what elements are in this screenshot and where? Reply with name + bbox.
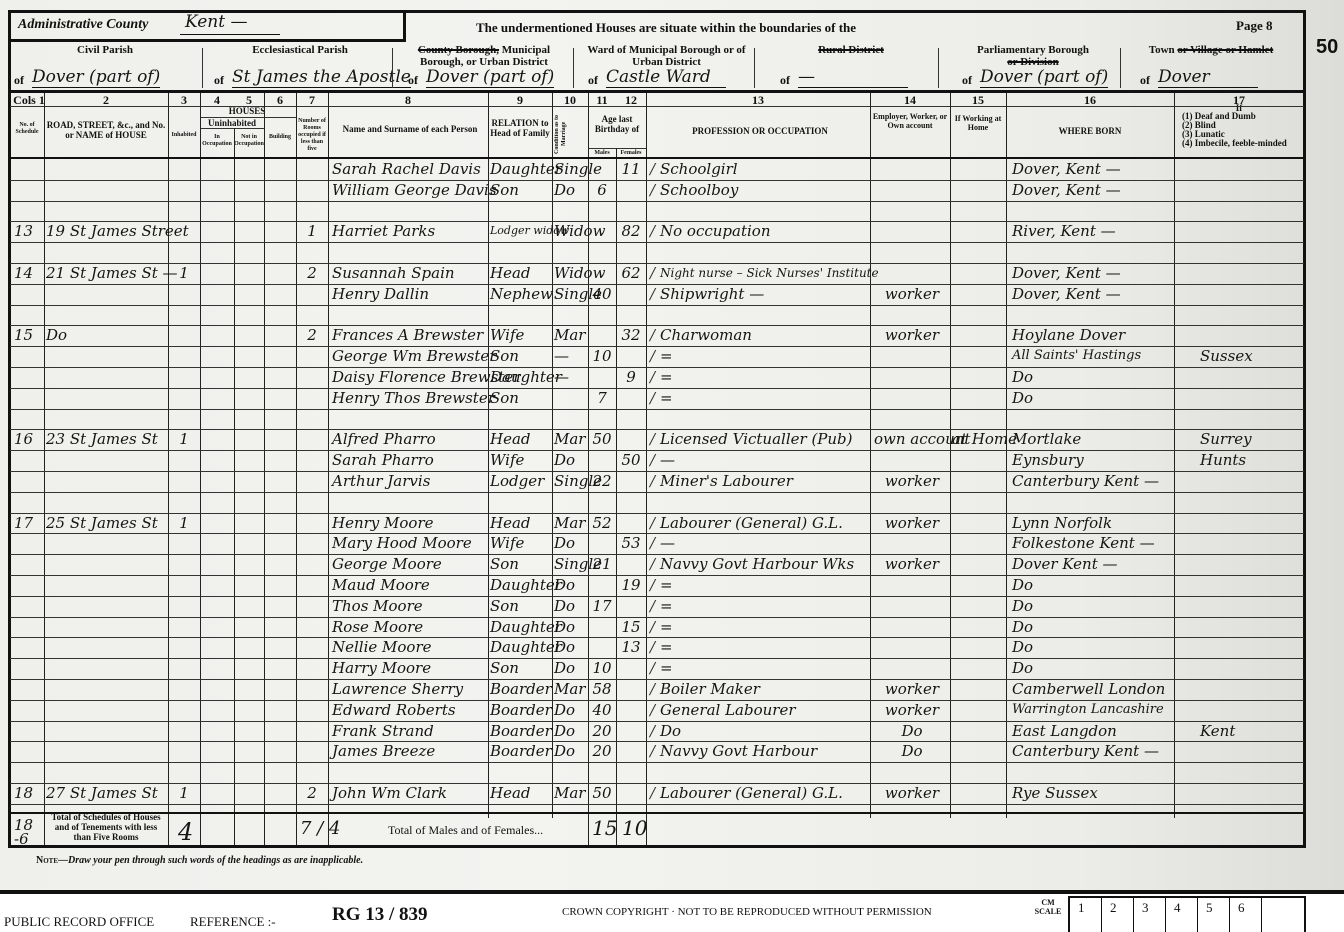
employment-status [874, 575, 950, 595]
employment-status: worker [874, 554, 950, 574]
female-age [616, 388, 646, 408]
female-age [616, 471, 646, 491]
tally-mark: / [650, 658, 658, 678]
infirmity-note [1200, 679, 1300, 699]
address [46, 305, 168, 325]
address: 19 St James Street [46, 221, 168, 241]
male-age: 40 [588, 700, 616, 720]
schedule-number [14, 596, 44, 616]
inhabited-count [168, 305, 200, 325]
row-divider [10, 804, 1304, 805]
infirmity-note [1200, 596, 1300, 616]
marital-condition [554, 388, 588, 408]
employment-status: worker [874, 513, 950, 533]
person-name: Harriet Parks [332, 221, 488, 241]
birthplace [1012, 242, 1174, 262]
employment-status: worker [874, 679, 950, 699]
ward-label: Ward of Municipal Borough or of Urban Di… [584, 44, 749, 68]
working-at-home [952, 513, 1006, 533]
schedule-number [14, 617, 44, 637]
employment-status [874, 409, 950, 429]
employment-status: worker [874, 325, 950, 345]
female-age [616, 700, 646, 720]
female-age [616, 180, 646, 200]
scale-mark [1262, 898, 1306, 932]
marital-condition: Do [554, 700, 588, 720]
employment-status: worker [874, 783, 950, 803]
inhabited-count [168, 325, 200, 345]
struck-label: County Borough, [418, 44, 499, 56]
working-at-home [952, 180, 1006, 200]
working-at-home [952, 201, 1006, 221]
reference-number: RG 13 / 839 [332, 904, 428, 926]
female-age [616, 658, 646, 678]
schedule-number [14, 409, 44, 429]
inhabited-count [168, 492, 200, 512]
tally-mark: / [650, 513, 658, 533]
employment-status [874, 159, 950, 179]
working-at-home [952, 721, 1006, 741]
header-relation: RELATION to Head of Family [490, 118, 550, 138]
occupation: = [660, 575, 870, 595]
schedule-number [14, 450, 44, 470]
birthplace: Canterbury Kent — [1012, 741, 1174, 761]
schedule-number [14, 554, 44, 574]
divider [202, 48, 203, 88]
employment-status [874, 388, 950, 408]
town-label: Town [1149, 44, 1175, 56]
employment-status: own account [874, 429, 950, 449]
marital-condition: Do [554, 596, 588, 616]
tally-mark: / [650, 284, 658, 304]
address [46, 346, 168, 366]
relation: Wife [490, 450, 552, 470]
intro-text: The undermentioned Houses are situate wi… [476, 20, 856, 36]
working-at-home [952, 159, 1006, 179]
address [46, 284, 168, 304]
person-name: Sarah Pharro [332, 450, 488, 470]
occupation: = [660, 388, 870, 408]
schedule-number: 18 [14, 783, 44, 803]
employment-status [874, 533, 950, 553]
schedule-number [14, 679, 44, 699]
address [46, 679, 168, 699]
infirmity-note [1200, 180, 1300, 200]
person-name: Daisy Florence Brewster [332, 367, 488, 387]
female-age: 50 [616, 450, 646, 470]
infirmity-note [1200, 617, 1300, 637]
tally-mark: / [650, 637, 658, 657]
working-at-home [952, 305, 1006, 325]
relation: Boarder [490, 721, 552, 741]
schedule-number [14, 741, 44, 761]
schedule-number [14, 471, 44, 491]
marital-condition: Do [554, 658, 588, 678]
birthplace: Canterbury Kent — [1012, 471, 1174, 491]
females-total: 10 [622, 816, 647, 840]
female-age: 13 [616, 637, 646, 657]
marital-condition: Mar [554, 513, 588, 533]
of-label: of [780, 73, 790, 88]
infirmity-note [1200, 575, 1300, 595]
birthplace [1012, 305, 1174, 325]
inhabited-count [168, 741, 200, 761]
person-name: James Breeze [332, 741, 488, 761]
note-text: Draw your pen through such words of the … [68, 855, 363, 866]
occupation: Labourer (General) G.L. [660, 513, 870, 533]
working-at-home [952, 471, 1006, 491]
relation: Head [490, 513, 552, 533]
municipal-borough: County Borough, Municipal Borough, or Ur… [404, 44, 564, 90]
address [46, 471, 168, 491]
female-age: 19 [616, 575, 646, 595]
header-building: Building [264, 134, 296, 141]
employment-status [874, 450, 950, 470]
inhabited-count: 1 [168, 513, 200, 533]
person-name [332, 762, 488, 782]
inhabited-count [168, 617, 200, 637]
birthplace: Lynn Norfolk [1012, 513, 1174, 533]
occupation: = [660, 367, 870, 387]
tally-mark: / [650, 471, 658, 491]
marital-condition: Do [554, 575, 588, 595]
struck-label: or Village or Hamlet [1177, 44, 1273, 56]
infirmity-option: (4) Imbecile, feeble-minded [1182, 139, 1302, 148]
relation: Wife [490, 325, 552, 345]
employment-status [874, 596, 950, 616]
occupation: Boiler Maker [660, 679, 870, 699]
male-age: 20 [588, 741, 616, 761]
tally-mark: / [650, 575, 658, 595]
employment-status [874, 221, 950, 241]
person-name: Harry Moore [332, 658, 488, 678]
birthplace: River, Kent — [1012, 221, 1174, 241]
female-age [616, 492, 646, 512]
occupation: = [660, 346, 870, 366]
employment-status [874, 658, 950, 678]
schedule-number: 17 [14, 513, 44, 533]
employment-status: worker [874, 471, 950, 491]
scale-mark: 5 [1198, 898, 1230, 932]
female-age [616, 201, 646, 221]
rooms-count [296, 159, 328, 179]
working-at-home [952, 450, 1006, 470]
female-age [616, 783, 646, 803]
infirmity-note [1200, 533, 1300, 553]
male-age [588, 242, 616, 262]
infirmity-note [1200, 159, 1300, 179]
inhabited-count [168, 450, 200, 470]
scale-mark: 1 [1070, 898, 1102, 932]
divider [938, 48, 939, 88]
inhabited-count [168, 409, 200, 429]
occupation: Night nurse – Sick Nurses' Institute [660, 263, 870, 283]
female-age [616, 409, 646, 429]
person-name [332, 201, 488, 221]
working-at-home [952, 741, 1006, 761]
divider [10, 106, 1304, 107]
infirmity-note [1200, 554, 1300, 574]
schedule-number [14, 700, 44, 720]
occupation: Labourer (General) G.L. [660, 783, 870, 803]
person-name [332, 492, 488, 512]
divider [44, 93, 45, 845]
birthplace [1012, 201, 1174, 221]
scale-label: CM SCALE [1034, 898, 1062, 916]
birthplace: Do [1012, 367, 1174, 387]
marital-condition: Mar [554, 325, 588, 345]
birthplace: Do [1012, 596, 1174, 616]
working-at-home [952, 221, 1006, 241]
employment-status [874, 242, 950, 262]
relation: Lodger widow [490, 221, 552, 241]
office-label: PUBLIC RECORD OFFICE [4, 914, 154, 930]
infirmity-note [1200, 263, 1300, 283]
address [46, 533, 168, 553]
header-employment: Employer, Worker, or Own account [872, 112, 948, 130]
address [46, 492, 168, 512]
female-age [616, 762, 646, 782]
administrative-county-value: Kent — [185, 12, 248, 32]
infirmity-note [1200, 305, 1300, 325]
birthplace: Warrington Lancashire [1012, 700, 1174, 720]
ward-value: Castle Ward [606, 67, 726, 88]
ecclesiastical-parish-value: St James the Apostle [232, 67, 411, 88]
female-age: 53 [616, 533, 646, 553]
header-in-occupation: In Occupation [200, 134, 234, 148]
male-age [588, 450, 616, 470]
inhabited-count [168, 658, 200, 678]
divider [392, 48, 393, 88]
occupation: No occupation [660, 221, 870, 241]
marital-condition: Do [554, 533, 588, 553]
male-age: 21 [588, 554, 616, 574]
marital-condition: Do [554, 180, 588, 200]
marital-condition: Do [554, 450, 588, 470]
male-age [588, 201, 616, 221]
rural-district-value: — [798, 67, 908, 88]
inhabited-count [168, 346, 200, 366]
schedule-number [14, 367, 44, 387]
infirmity-note [1200, 325, 1300, 345]
marital-condition [554, 492, 588, 512]
tally-mark: / [650, 596, 658, 616]
address [46, 554, 168, 574]
rooms-count [296, 388, 328, 408]
person-name: Arthur Jarvis [332, 471, 488, 491]
male-age: 6 [588, 180, 616, 200]
female-age: 82 [616, 221, 646, 241]
infirmity-note [1200, 700, 1300, 720]
schedule-number [14, 284, 44, 304]
male-age: 40 [588, 284, 616, 304]
birthplace: Do [1012, 637, 1174, 657]
header-rooms: Number of Rooms occupied if less than fi… [296, 118, 328, 153]
rooms-count [296, 284, 328, 304]
male-age: 50 [588, 783, 616, 803]
marital-condition [554, 762, 588, 782]
birthplace: Do [1012, 575, 1174, 595]
inhabited-count [168, 721, 200, 741]
address [46, 450, 168, 470]
infirmity-note: Kent [1200, 721, 1300, 741]
person-name: Thos Moore [332, 596, 488, 616]
schedule-number: 15 [14, 325, 44, 345]
working-at-home [952, 325, 1006, 345]
address [46, 409, 168, 429]
schedule-total-annotation: 18 -6 [14, 818, 42, 846]
birthplace: Dover, Kent — [1012, 180, 1174, 200]
employment-status [874, 762, 950, 782]
relation: Head [490, 263, 552, 283]
schedule-number [14, 180, 44, 200]
parliamentary-borough-value: Dover (part of) [980, 67, 1108, 88]
relation: Son [490, 596, 552, 616]
birthplace: Do [1012, 617, 1174, 637]
address [46, 367, 168, 387]
rooms-count [296, 471, 328, 491]
employment-status: worker [874, 284, 950, 304]
working-at-home [952, 388, 1006, 408]
header-occupation: PROFESSION OR OCCUPATION [660, 126, 860, 136]
working-at-home [952, 783, 1006, 803]
tally-mark: / [650, 783, 658, 803]
schedule-number [14, 492, 44, 512]
infirmity-note: Hunts [1200, 450, 1300, 470]
schedule-number [14, 637, 44, 657]
male-age: 7 [588, 388, 616, 408]
female-age [616, 284, 646, 304]
rooms-count [296, 637, 328, 657]
person-name [332, 409, 488, 429]
header-age: Age last Birthday of [588, 114, 646, 134]
female-age [616, 513, 646, 533]
rooms-count: 2 [296, 783, 328, 803]
males-females-total-label: Total of Males and of Females... [388, 823, 543, 838]
occupation: = [660, 596, 870, 616]
working-at-home [952, 700, 1006, 720]
note: Note—Draw your pen through such words of… [36, 855, 363, 866]
inhabited-count [168, 637, 200, 657]
female-age [616, 679, 646, 699]
rooms-count [296, 492, 328, 512]
inhabited-count: 1 [168, 783, 200, 803]
employment-status [874, 367, 950, 387]
address [46, 617, 168, 637]
employment-status [874, 263, 950, 283]
occupation [660, 409, 870, 429]
address [46, 637, 168, 657]
occupation [660, 201, 870, 221]
tally-mark: / [650, 617, 658, 637]
person-name [332, 242, 488, 262]
working-at-home [952, 533, 1006, 553]
tally-mark: / [650, 721, 658, 741]
working-at-home: at Home [952, 429, 1006, 449]
inhabited-count [168, 554, 200, 574]
rooms-count [296, 429, 328, 449]
rooms-count [296, 533, 328, 553]
tally-mark: / [650, 180, 658, 200]
divider [8, 812, 1306, 814]
person-name: Nellie Moore [332, 637, 488, 657]
employment-status [874, 637, 950, 657]
infirmity-note [1200, 637, 1300, 657]
male-age [588, 325, 616, 345]
relation: Boarder [490, 741, 552, 761]
female-age [616, 346, 646, 366]
occupation: = [660, 658, 870, 678]
employment-status [874, 180, 950, 200]
divider [200, 117, 296, 118]
male-age [588, 617, 616, 637]
rooms-count [296, 762, 328, 782]
inhabited-count [168, 388, 200, 408]
tally-mark: / [650, 367, 658, 387]
struck-label: Rural District [818, 44, 884, 56]
birthplace: Eynsbury [1012, 450, 1174, 470]
occupation [660, 492, 870, 512]
schedule-number: 13 [14, 221, 44, 241]
infirmity-note [1200, 388, 1300, 408]
person-name: Edward Roberts [332, 700, 488, 720]
header-uninhabited: Uninhabited [200, 118, 264, 128]
working-at-home [952, 617, 1006, 637]
working-at-home [952, 263, 1006, 283]
tally-mark: / [650, 554, 658, 574]
infirmity-note: Surrey [1200, 429, 1300, 449]
infirmity-note [1200, 367, 1300, 387]
birthplace: Dover Kent — [1012, 554, 1174, 574]
of-label: of [962, 73, 972, 88]
infirmity-note [1200, 762, 1300, 782]
relation [490, 762, 552, 782]
relation [490, 305, 552, 325]
occupation: Do [660, 721, 870, 741]
female-age: 9 [616, 367, 646, 387]
inhabited-count [168, 367, 200, 387]
tally-mark: / [650, 533, 658, 553]
male-age: 17 [588, 596, 616, 616]
relation: Wife [490, 533, 552, 553]
reference-label: REFERENCE :- [190, 914, 276, 930]
divider [200, 93, 201, 845]
marital-condition: — [554, 346, 588, 366]
schedule-number [14, 201, 44, 221]
relation: Daughter [490, 575, 552, 595]
tally-mark: / [650, 346, 658, 366]
schedule-number [14, 159, 44, 179]
divider [573, 48, 574, 88]
employment-status [874, 305, 950, 325]
inhabited-count [168, 159, 200, 179]
civil-parish: Civil Parish of Dover (part of) [10, 44, 200, 90]
relation: Daughter [490, 159, 552, 179]
marital-condition: Mar [554, 429, 588, 449]
marital-condition: Widow [554, 221, 588, 241]
infirmity-note [1200, 513, 1300, 533]
male-age [588, 159, 616, 179]
male-age [588, 263, 616, 283]
birthplace: Do [1012, 658, 1174, 678]
working-at-home [952, 554, 1006, 574]
of-label: of [1140, 73, 1150, 88]
divider [754, 48, 755, 88]
occupation: Charwoman [660, 325, 870, 345]
person-name [332, 305, 488, 325]
infirmity-note [1200, 658, 1300, 678]
rooms-count [296, 180, 328, 200]
